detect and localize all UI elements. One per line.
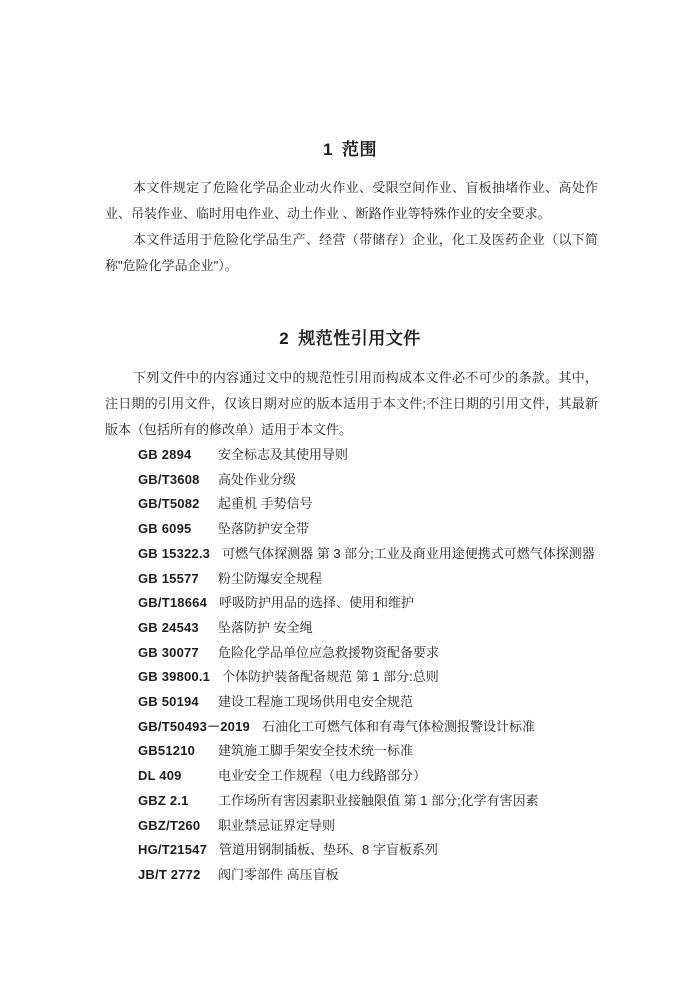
reference-item: GB 39800.1 个体防护装备配备规范 第 1 部分:总则 — [138, 665, 678, 690]
reference-item: JB/T 2772 阀门零部件 高压盲板 — [138, 863, 678, 888]
scope-paragraph-2: 本文件适用于危险化学品生产、经营（带储存）企业，化工及医药企业（以下简称"危险化… — [105, 227, 598, 279]
reference-item: GB/T50493－2019 石油化工可燃气体和有毒气体检测报警设计标准 — [138, 715, 678, 740]
reference-title: 坠落防护安全带 — [218, 517, 309, 542]
reference-title: 粉尘防爆安全规程 — [218, 567, 322, 592]
reference-code: GB51210 — [138, 739, 218, 764]
reference-code: GB 24543 — [138, 616, 218, 641]
scope-text-block: 本文件规定了危险化学品企业动火作业、受限空间作业、盲板抽堵作业、高处作业、吊装作… — [105, 175, 598, 279]
reference-code: GB 50194 — [138, 690, 218, 715]
reference-title: 危险化学品单位应急救援物资配备要求 — [218, 641, 439, 666]
references-list: GB 2894 安全标志及其使用导则 GB/T3608 高处作业分级 GB/T5… — [138, 443, 678, 888]
reference-title: 安全标志及其使用导则 — [218, 443, 348, 468]
reference-item: GBZ 2.1 工作场所有害因素职业接触限值 第 1 部分;化学有害因素 — [138, 789, 678, 814]
reference-code: GB/T18664 — [138, 591, 219, 616]
normative-references-intro: 下列文件中的内容通过文中的规范性引用而构成本文件必不可少的条款。其中，注日期的引… — [105, 365, 598, 443]
reference-title: 坠落防护 安全绳 — [218, 616, 313, 641]
reference-title: 职业禁忌证界定导则 — [218, 814, 335, 839]
normative-references-intro-block: 下列文件中的内容通过文中的规范性引用而构成本文件必不可少的条款。其中，注日期的引… — [105, 365, 598, 443]
reference-code: GB 15322.3 — [138, 542, 222, 567]
reference-item: GB/T18664 呼吸防护用品的选择、使用和维护 — [138, 591, 678, 616]
section-1-heading: 1范围 — [0, 141, 700, 159]
reference-title: 可燃气体探测器 第 3 部分;工业及商业用途便携式可燃气体探测器 — [222, 542, 595, 567]
reference-title: 建筑施工脚手架安全技术统一标准 — [218, 739, 413, 764]
reference-item: HG/T21547 管道用钢制插板、垫环、8 字盲板系列 — [138, 838, 678, 863]
section-1-number: 1 — [323, 140, 333, 159]
reference-title: 呼吸防护用品的选择、使用和维护 — [219, 591, 414, 616]
reference-code: JB/T 2772 — [138, 863, 218, 888]
reference-title: 电业安全工作规程（电力线路部分） — [218, 764, 426, 789]
reference-title: 起重机 手势信号 — [218, 492, 313, 517]
section-2-heading: 2规范性引用文件 — [0, 330, 700, 348]
reference-code: GB 30077 — [138, 641, 218, 666]
reference-item: GB51210 建筑施工脚手架安全技术统一标准 — [138, 739, 678, 764]
reference-title: 个体防护装备配备规范 第 1 部分:总则 — [222, 665, 439, 690]
reference-title: 阀门零部件 高压盲板 — [218, 863, 339, 888]
reference-title: 工作场所有害因素职业接触限值 第 1 部分;化学有害因素 — [218, 789, 539, 814]
reference-title: 管道用钢制插板、垫环、8 字盲板系列 — [219, 838, 438, 863]
reference-title: 石油化工可燃气体和有毒气体检测报警设计标准 — [262, 715, 535, 740]
reference-title: 建设工程施工现场供用电安全规范 — [218, 690, 413, 715]
reference-code: GB/T50493－2019 — [138, 715, 262, 740]
reference-code: DL 409 — [138, 764, 218, 789]
reference-item: GB 6095 坠落防护安全带 — [138, 517, 678, 542]
reference-item: DL 409 电业安全工作规程（电力线路部分） — [138, 764, 678, 789]
section-1-title: 范围 — [342, 140, 377, 159]
reference-code: GB 6095 — [138, 517, 218, 542]
reference-title: 高处作业分级 — [218, 468, 296, 493]
reference-item: GB/T3608 高处作业分级 — [138, 468, 678, 493]
reference-code: GB/T3608 — [138, 468, 218, 493]
reference-item: GB 15322.3 可燃气体探测器 第 3 部分;工业及商业用途便携式可燃气体… — [138, 542, 678, 567]
reference-item: GB 30077 危险化学品单位应急救援物资配备要求 — [138, 641, 678, 666]
reference-code: GB 39800.1 — [138, 665, 222, 690]
section-2-title: 规范性引用文件 — [298, 329, 421, 348]
section-2-number: 2 — [279, 329, 289, 348]
reference-item: GB 24543 坠落防护 安全绳 — [138, 616, 678, 641]
scope-paragraph-1: 本文件规定了危险化学品企业动火作业、受限空间作业、盲板抽堵作业、高处作业、吊装作… — [105, 175, 598, 227]
reference-item: GB/T5082 起重机 手势信号 — [138, 492, 678, 517]
reference-code: GBZ/T260 — [138, 814, 218, 839]
reference-item: GBZ/T260 职业禁忌证界定导则 — [138, 814, 678, 839]
reference-code: GB/T5082 — [138, 492, 218, 517]
reference-code: GBZ 2.1 — [138, 789, 218, 814]
reference-item: GB 15577 粉尘防爆安全规程 — [138, 567, 678, 592]
reference-item: GB 2894 安全标志及其使用导则 — [138, 443, 678, 468]
reference-code: GB 15577 — [138, 567, 218, 592]
reference-code: HG/T21547 — [138, 838, 219, 863]
reference-item: GB 50194 建设工程施工现场供用电安全规范 — [138, 690, 678, 715]
reference-code: GB 2894 — [138, 443, 218, 468]
document-page: 1范围 本文件规定了危险化学品企业动火作业、受限空间作业、盲板抽堵作业、高处作业… — [0, 0, 700, 990]
